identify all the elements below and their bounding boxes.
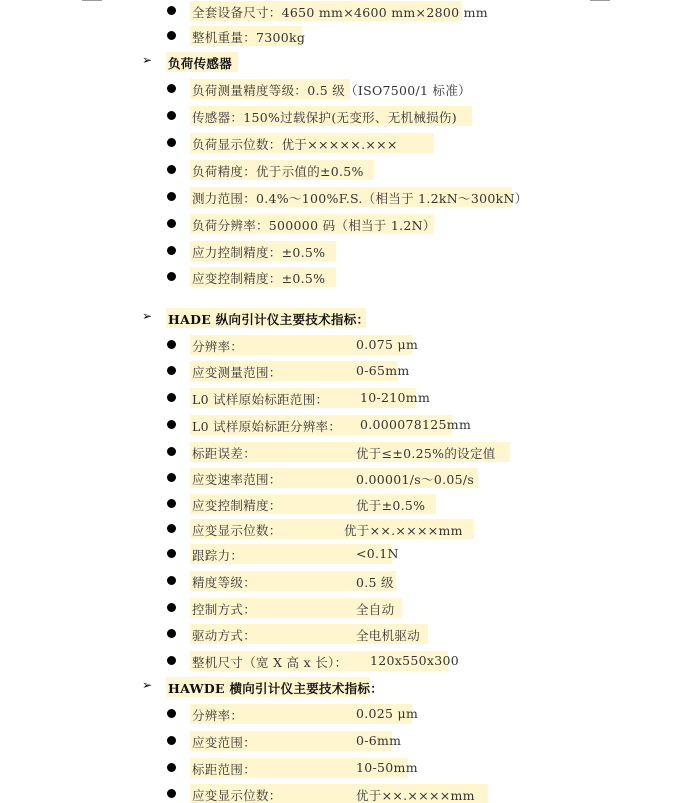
spec-label: L0 试样原始标距分辨率：	[192, 417, 341, 435]
spec-label: L0 试样原始标距范围：	[192, 390, 328, 408]
section-heading-text: HAWDE 横向引计仪主要技术指标：	[168, 679, 383, 697]
bullet-icon	[167, 656, 176, 665]
bullet-icon	[167, 763, 176, 772]
bullet-icon	[167, 473, 176, 482]
bullet-icon	[167, 366, 176, 375]
bullet-icon	[167, 31, 176, 40]
spec-value: 0.075 μm	[356, 337, 418, 352]
spec-value: 0.5 级	[356, 573, 394, 591]
spec-text: 传感器：150%过载保护(无变形、无机械损伤)	[192, 108, 457, 126]
spec-text: 应变控制精度：±0.5%	[192, 269, 325, 287]
bullet-icon	[167, 165, 176, 174]
spec-label: 驱动方式：	[192, 626, 256, 644]
spec-value: 优于±0.5%	[356, 496, 425, 514]
page-corner-mark-right	[590, 0, 610, 1]
spec-text: 负荷分辨率：500000 码（相当于 1.2N）	[192, 216, 436, 234]
arrow-bullet-icon: ➢	[142, 309, 152, 323]
bullet-icon	[167, 111, 176, 120]
bullet-icon	[167, 603, 176, 612]
spec-label: 应变速率范围：	[192, 470, 282, 488]
spec-label: 标距范围：	[192, 760, 256, 778]
bullet-icon	[167, 420, 176, 429]
spec-label: 应变测量范围：	[192, 363, 282, 381]
bullet-icon	[167, 736, 176, 745]
bullet-icon	[167, 709, 176, 718]
spec-text: 负荷精度：优于示值的±0.5%	[192, 162, 364, 180]
spec-text: 负荷测量精度等级：0.5 级（ISO7500/1 标准）	[192, 81, 471, 99]
arrow-bullet-icon: ➢	[142, 53, 152, 67]
spec-value: 0-6mm	[356, 733, 401, 748]
spec-text: 负荷显示位数：优于×××××.×××	[192, 135, 398, 153]
spec-label: 应变控制精度：	[192, 496, 282, 514]
bullet-icon	[167, 6, 176, 15]
spec-label: 跟踪力：	[192, 546, 243, 564]
spec-label: 控制方式：	[192, 600, 256, 618]
spec-value: 0.000078125mm	[360, 417, 471, 432]
spec-value: 0-65mm	[356, 363, 410, 378]
spec-label: 应变范围：	[192, 733, 256, 751]
section-heading-text: 负荷传感器	[168, 54, 232, 72]
spec-label: 整机尺寸（宽 X 高 x 长）：	[192, 653, 347, 671]
bullet-icon	[167, 219, 176, 228]
spec-value: 优于××.××××mm	[356, 786, 475, 803]
bullet-icon	[167, 789, 176, 798]
page-corner-mark-left	[82, 0, 102, 1]
spec-value: 0.00001/s～0.05/s	[356, 470, 474, 488]
spec-value: 10-210mm	[360, 390, 430, 405]
spec-value: 优于≤±0.25%的设定值	[356, 444, 496, 462]
bullet-icon	[167, 499, 176, 508]
bullet-icon	[167, 549, 176, 558]
bullet-icon	[167, 272, 176, 281]
spec-text: 测力范围：0.4%～100%F.S.（相当于 1.2kN～300kN）	[192, 189, 528, 207]
spec-value: 全自动	[356, 600, 394, 618]
bullet-icon	[167, 524, 176, 533]
section-heading-text: HADE 纵向引计仪主要技术指标：	[168, 310, 369, 328]
spec-label: 标距误差：	[192, 444, 256, 462]
spec-label: 应变显示位数：	[192, 786, 282, 803]
spec-text: 整机重量：7300kg	[192, 28, 305, 46]
bullet-icon	[167, 138, 176, 147]
spec-value: 优于××.××××mm	[344, 521, 463, 539]
spec-value: <0.1N	[356, 546, 399, 561]
spec-label: 分辨率：	[192, 706, 243, 724]
spec-value: 10-50mm	[356, 760, 418, 775]
bullet-icon	[167, 246, 176, 255]
spec-label: 应变显示位数：	[192, 521, 282, 539]
spec-value: 全电机驱动	[356, 626, 420, 644]
bullet-icon	[167, 192, 176, 201]
bullet-icon	[167, 340, 176, 349]
bullet-icon	[167, 393, 176, 402]
bullet-icon	[167, 84, 176, 93]
spec-value: 0.025 μm	[356, 706, 418, 721]
bullet-icon	[167, 447, 176, 456]
arrow-bullet-icon: ➢	[142, 678, 152, 692]
spec-text: 全套设备尺寸：4650 mm×4600 mm×2800 mm	[192, 3, 488, 21]
spec-label: 分辨率：	[192, 337, 243, 355]
bullet-icon	[167, 629, 176, 638]
spec-label: 精度等级：	[192, 573, 256, 591]
spec-value: 120x550x300	[370, 653, 459, 668]
spec-text: 应力控制精度：±0.5%	[192, 243, 325, 261]
bullet-icon	[167, 576, 176, 585]
